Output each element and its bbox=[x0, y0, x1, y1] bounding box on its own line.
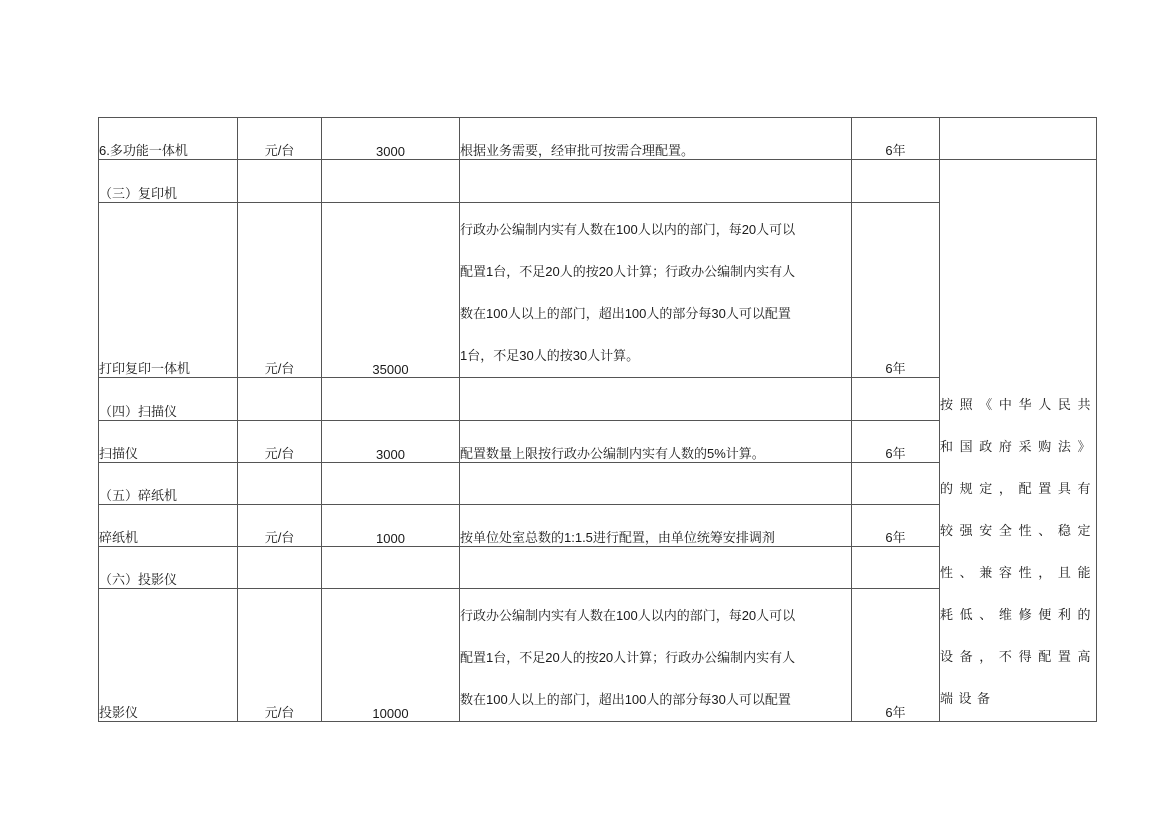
item-config-standard: 行政办公编制内实有人数在100人以内的部门，每20人可以 配置1台，不足20人的… bbox=[460, 589, 852, 722]
item-min-life: 6年 bbox=[852, 203, 940, 378]
item-unit: 元/台 bbox=[238, 505, 322, 547]
item-price: 1000 bbox=[322, 505, 460, 547]
empty-cell bbox=[322, 378, 460, 421]
desc-line: 配置1台，不足20人的按20人计算；行政办公编制内实有人 bbox=[460, 251, 845, 293]
item-price: 3000 bbox=[322, 421, 460, 463]
empty-cell bbox=[238, 547, 322, 589]
desc-line: 数在100人以上的部门，超出100人的部分每30人可以配置 bbox=[460, 293, 845, 335]
empty-cell bbox=[852, 378, 940, 421]
section-title: （四）扫描仪 bbox=[99, 378, 238, 421]
empty-cell bbox=[460, 378, 852, 421]
empty-cell bbox=[852, 160, 940, 203]
equipment-config-table: 6.多功能一体机 元/台 3000 根据业务需要，经审批可按需合理配置。 6年 … bbox=[98, 117, 1097, 722]
empty-cell bbox=[238, 463, 322, 505]
section-title: （六）投影仪 bbox=[99, 547, 238, 589]
desc-line: 数在100人以上的部门，超出100人的部分每30人可以配置 bbox=[460, 679, 845, 721]
item-config-standard: 按单位处室总数的1:1.5进行配置，由单位统筹安排调剂 bbox=[460, 505, 852, 547]
empty-cell bbox=[852, 463, 940, 505]
item-config-standard: 行政办公编制内实有人数在100人以内的部门，每20人可以 配置1台，不足20人的… bbox=[460, 203, 852, 378]
item-min-life: 6年 bbox=[852, 589, 940, 722]
table-row: 6.多功能一体机 元/台 3000 根据业务需要，经审批可按需合理配置。 6年 bbox=[99, 118, 1097, 160]
item-name: 碎纸机 bbox=[99, 505, 238, 547]
empty-cell bbox=[238, 378, 322, 421]
item-price: 3000 bbox=[322, 118, 460, 160]
empty-cell bbox=[460, 547, 852, 589]
item-unit: 元/台 bbox=[238, 118, 322, 160]
item-min-life: 6年 bbox=[852, 505, 940, 547]
desc-line: 行政办公编制内实有人数在100人以内的部门，每20人可以 bbox=[460, 595, 845, 637]
section-title: （五）碎纸机 bbox=[99, 463, 238, 505]
empty-cell bbox=[852, 547, 940, 589]
desc-line: 1台，不足30人的按30人计算。 bbox=[460, 335, 845, 377]
desc-line: 配置1台，不足20人的按20人计算；行政办公编制内实有人 bbox=[460, 637, 845, 679]
item-name: 打印复印一体机 bbox=[99, 203, 238, 378]
item-name: 6.多功能一体机 bbox=[99, 118, 238, 160]
section-title: （三）复印机 bbox=[99, 160, 238, 203]
item-config-standard: 根据业务需要，经审批可按需合理配置。 bbox=[460, 118, 852, 160]
item-unit: 元/台 bbox=[238, 589, 322, 722]
item-price: 10000 bbox=[322, 589, 460, 722]
item-min-life: 6年 bbox=[852, 421, 940, 463]
merged-note: 按照《中华人民共和国政府采购法》的规定，配置具有较强安全性、稳定性、兼容性，且能… bbox=[940, 160, 1097, 722]
item-note bbox=[940, 118, 1097, 160]
empty-cell bbox=[322, 463, 460, 505]
item-unit: 元/台 bbox=[238, 421, 322, 463]
section-row: （三）复印机 按照《中华人民共和国政府采购法》的规定，配置具有较强安全性、稳定性… bbox=[99, 160, 1097, 203]
empty-cell bbox=[238, 160, 322, 203]
item-price: 35000 bbox=[322, 203, 460, 378]
item-name: 投影仪 bbox=[99, 589, 238, 722]
item-name: 扫描仪 bbox=[99, 421, 238, 463]
item-unit: 元/台 bbox=[238, 203, 322, 378]
item-config-standard: 配置数量上限按行政办公编制内实有人数的5%计算。 bbox=[460, 421, 852, 463]
empty-cell bbox=[460, 160, 852, 203]
item-min-life: 6年 bbox=[852, 118, 940, 160]
empty-cell bbox=[322, 547, 460, 589]
empty-cell bbox=[460, 463, 852, 505]
empty-cell bbox=[322, 160, 460, 203]
desc-line: 行政办公编制内实有人数在100人以内的部门，每20人可以 bbox=[460, 209, 845, 251]
